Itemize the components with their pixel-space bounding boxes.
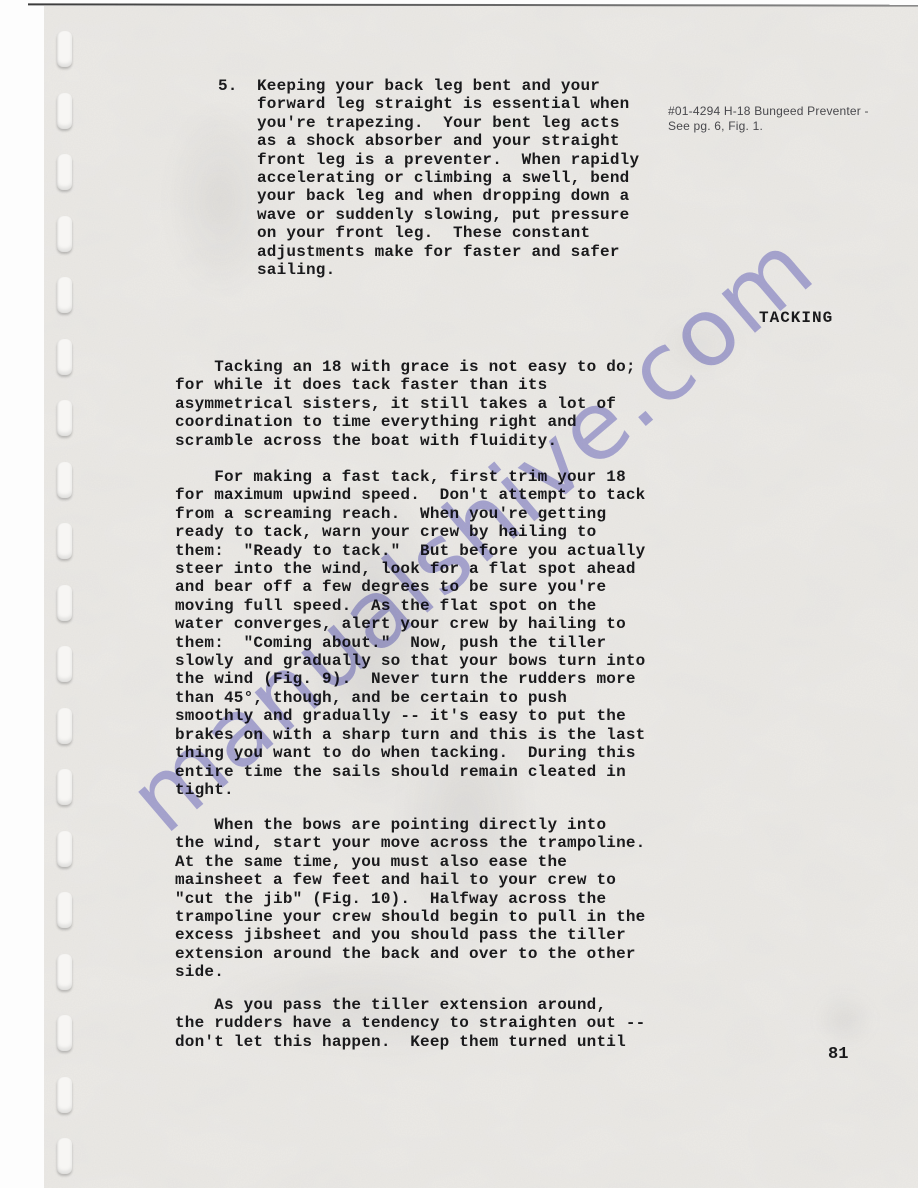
list-item-number: 5. [218, 77, 238, 95]
paragraph: For making a fast tack, first trim your … [175, 468, 645, 799]
binding-hole [57, 1138, 72, 1174]
paragraph: When the bows are pointing directly into… [175, 816, 645, 982]
binding-hole [57, 585, 72, 621]
binding-hole [57, 93, 72, 129]
binding-hole [57, 831, 72, 867]
scanned-manual-page: 5. Keeping your back leg bent and your f… [0, 0, 918, 1188]
margin-note: #01-4294 H-18 Bungeed Preventer - See pg… [668, 104, 888, 133]
binding-hole [57, 339, 72, 375]
binding-hole [57, 277, 72, 313]
binding-hole [57, 462, 72, 498]
binding-hole [57, 954, 72, 990]
binding-hole [57, 892, 72, 928]
binding-hole [57, 523, 72, 559]
binding-hole [57, 769, 72, 805]
binding-hole [57, 708, 72, 744]
page-number: 81 [828, 1045, 848, 1065]
binding-hole [57, 400, 72, 436]
binding-hole [57, 31, 72, 67]
binding-hole [57, 154, 72, 190]
binding-hole [57, 1015, 72, 1051]
binding-hole [57, 646, 72, 682]
list-item-text: Keeping your back leg bent and your forw… [257, 77, 639, 279]
binding-hole [57, 216, 72, 252]
section-heading: TACKING [759, 309, 833, 327]
paragraph: As you pass the tiller extension around,… [175, 996, 645, 1051]
binding-hole [57, 1077, 72, 1113]
binding-holes [57, 0, 73, 1188]
paragraph: Tacking an 18 with grace is not easy to … [175, 358, 636, 450]
